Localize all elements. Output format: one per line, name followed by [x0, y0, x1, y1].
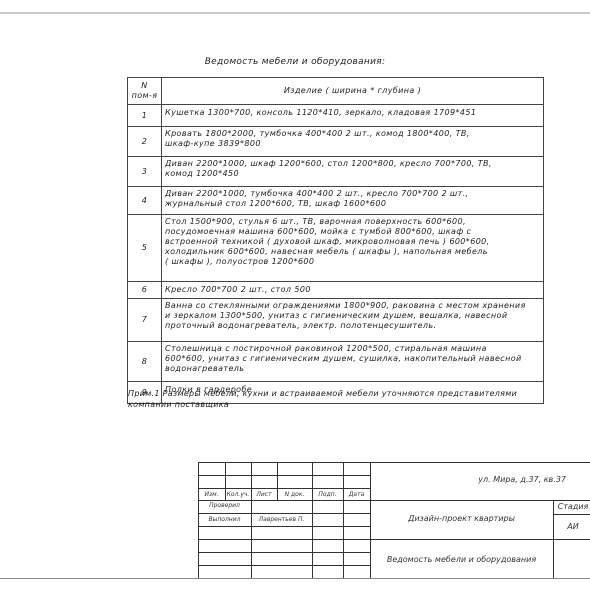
item-description: Столешница с постирочной раковиной 1200*… — [162, 342, 544, 382]
room-number: 5 — [128, 215, 162, 282]
stamp-col-header: Подп. — [312, 491, 343, 498]
header-room-no: Nпом-я — [128, 78, 162, 105]
address: ул. Мира, д.37, кв.37 — [370, 475, 566, 484]
stamp-line — [553, 514, 590, 515]
room-number: 8 — [128, 342, 162, 382]
performer-name: Лаврентьев П. — [251, 516, 312, 523]
stamp-top-line — [370, 462, 590, 463]
table-row: 2Кровать 1800*2000, тумбочка 400*400 2 ш… — [128, 127, 544, 157]
item-description: Кровать 1800*2000, тумбочка 400*400 2 шт… — [162, 127, 544, 157]
stamp-col-header: N док. — [277, 491, 312, 498]
room-number: 7 — [128, 299, 162, 342]
stamp-line — [251, 500, 252, 578]
table-row: 5Стол 1500*900, стулья 6 шт., ТВ, варочн… — [128, 215, 544, 282]
stamp-line — [198, 500, 370, 501]
room-number: 1 — [128, 105, 162, 127]
stamp-line — [553, 500, 554, 578]
table-row: 8Столешница с постирочной раковиной 1200… — [128, 342, 544, 382]
stamp-line — [198, 526, 370, 527]
item-description: Ванна со стеклянными ограждениями 1800*9… — [162, 299, 544, 342]
stamp-line — [370, 500, 590, 501]
table-row: 1Кушетка 1300*700, консоль 1120*410, зер… — [128, 105, 544, 127]
table-row: 7Ванна со стеклянными ограждениями 1800*… — [128, 299, 544, 342]
stamp-line — [198, 488, 370, 489]
table-header-row: Nпом-я Изделие ( ширина * глубина ) — [128, 78, 544, 105]
stage-label: Стадия — [553, 502, 590, 511]
room-number: 3 — [128, 157, 162, 187]
table-row: 4Диван 2200*1000, тумбочка 400*400 2 шт.… — [128, 187, 544, 215]
stamp-line — [343, 462, 344, 578]
table-row: 6Кресло 700*700 2 шт., стол 500 — [128, 282, 544, 299]
sheet-title: Ведомость мебели и оборудования — [370, 555, 553, 564]
project-name: Дизайн-проект квартиры — [370, 514, 553, 523]
stamp-line — [198, 462, 370, 463]
item-description: Диван 2200*1000, шкаф 1200*600, стол 120… — [162, 157, 544, 187]
stamp-line — [370, 539, 590, 540]
item-description: Кушетка 1300*700, консоль 1120*410, зерк… — [162, 105, 544, 127]
furniture-table: Nпом-я Изделие ( ширина * глубина ) 1Куш… — [127, 77, 544, 404]
stamp-col-header: Кол.уч. — [225, 491, 251, 498]
item-description: Кресло 700*700 2 шт., стол 500 — [162, 282, 544, 299]
stamp-line — [312, 462, 313, 578]
room-number: 4 — [128, 187, 162, 215]
stamp-line — [198, 513, 370, 514]
footnote: Прим.1 Размеры мебели, кухни и встраивае… — [128, 388, 578, 410]
room-number: 2 — [128, 127, 162, 157]
sheet-frame-top — [0, 12, 590, 14]
stamp-line — [198, 475, 370, 476]
item-description: Стол 1500*900, стулья 6 шт., ТВ, варочна… — [162, 215, 544, 282]
stamp-line — [198, 565, 370, 566]
stamp-line — [198, 539, 370, 540]
header-item: Изделие ( ширина * глубина ) — [162, 78, 544, 105]
performed-label: Выполнил — [198, 516, 251, 523]
stage-value: АИ — [553, 522, 590, 531]
stamp-line — [198, 552, 370, 553]
item-description: Диван 2200*1000, тумбочка 400*400 2 шт.,… — [162, 187, 544, 215]
checked-label: Проверил — [198, 502, 251, 509]
stamp-col-header: Дата — [343, 491, 370, 498]
document-title: Ведомость мебели и оборудования: — [0, 57, 590, 67]
sheet-frame-bottom — [0, 578, 590, 579]
table-row: 3Диван 2200*1000, шкаф 1200*600, стол 12… — [128, 157, 544, 187]
stamp-col-header: Изм. — [198, 491, 225, 498]
stamp-col-header: Лист — [251, 491, 277, 498]
room-number: 6 — [128, 282, 162, 299]
